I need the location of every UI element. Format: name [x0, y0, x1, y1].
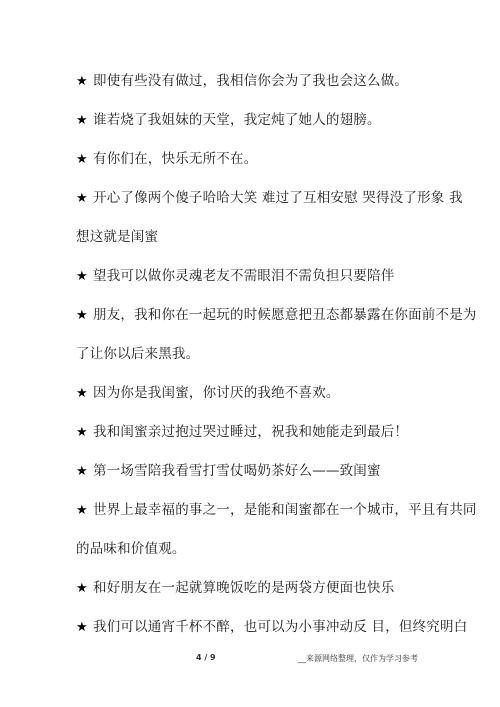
line-text: 因为你是我闺蜜，你讨厌的我绝不喜欢。: [93, 385, 340, 401]
source-note: __来源网络整理，仅作为学习参考: [298, 653, 418, 664]
star-bullet-icon: ★: [76, 461, 93, 483]
star-bullet-icon: ★: [76, 422, 93, 444]
star-bullet-icon: ★: [76, 110, 93, 132]
star-bullet-icon: ★: [76, 149, 93, 171]
star-bullet-icon: ★: [76, 578, 93, 600]
bullet-item: ★第一场雪陪我看雪打雪仗喝奶茶好么——致闺蜜: [76, 460, 426, 499]
line-text: 望我可以做你灵魂老友不需眼泪不需负担只要陪伴: [93, 268, 394, 284]
line-text: 和好朋友在一起就算晚饭吃的是两袋方便面也快乐: [93, 580, 394, 596]
bullet-continuation: 想这就是闺蜜: [76, 226, 426, 265]
bullet-item: ★世界上最幸福的事之一，是能和闺蜜都在一个城市，平且有共同: [76, 499, 426, 538]
star-bullet-icon: ★: [76, 266, 93, 288]
document-body: ★即使有些没有做过，我相信你会为了我也会这么做。★谁若烧了我姐妹的天堂，我定炖了…: [76, 70, 426, 655]
bullet-item: ★朋友，我和你在一起玩的时候愿意把丑态都暴露在你面前不是为: [76, 304, 426, 343]
star-bullet-icon: ★: [76, 305, 93, 327]
star-bullet-icon: ★: [76, 71, 93, 93]
star-bullet-icon: ★: [76, 383, 93, 405]
page-number: 4 / 9: [196, 653, 216, 662]
line-text: 想这就是闺蜜: [76, 229, 158, 245]
bullet-continuation: 了让你以后来黑我。: [76, 343, 426, 382]
bullet-item: ★开心了像两个傻子哈哈大笑 难过了互相安慰 哭得没了形象 我: [76, 187, 426, 226]
line-text: 有你们在，快乐无所不在。: [93, 151, 257, 167]
line-text: 朋友，我和你在一起玩的时候愿意把丑态都暴露在你面前不是为: [93, 307, 477, 323]
line-text: 的品味和价值观。: [76, 541, 186, 557]
line-text: 谁若烧了我姐妹的天堂，我定炖了她人的翅膀。: [93, 112, 381, 128]
bullet-item: ★谁若烧了我姐妹的天堂，我定炖了她人的翅膀。: [76, 109, 426, 148]
line-text: 我们可以通宵千杯不醉，也可以为小事冲动反 目，但终究明白: [93, 619, 467, 635]
bullet-item: ★因为你是我闺蜜，你讨厌的我绝不喜欢。: [76, 382, 426, 421]
bullet-continuation: 的品味和价值观。: [76, 538, 426, 577]
star-bullet-icon: ★: [76, 500, 93, 522]
line-text: 了让你以后来黑我。: [76, 346, 199, 362]
document-page: ★即使有些没有做过，我相信你会为了我也会这么做。★谁若烧了我姐妹的天堂，我定炖了…: [0, 0, 500, 707]
line-text: 即使有些没有做过，我相信你会为了我也会这么做。: [93, 73, 408, 89]
bullet-item: ★和好朋友在一起就算晚饭吃的是两袋方便面也快乐: [76, 577, 426, 616]
bullet-item: ★即使有些没有做过，我相信你会为了我也会这么做。: [76, 70, 426, 109]
bullet-item: ★我们可以通宵千杯不醉，也可以为小事冲动反 目，但终究明白: [76, 616, 426, 655]
line-text: 开心了像两个傻子哈哈大笑 难过了互相安慰 哭得没了形象 我: [93, 190, 463, 206]
star-bullet-icon: ★: [76, 188, 93, 210]
star-bullet-icon: ★: [76, 617, 93, 639]
bullet-item: ★望我可以做你灵魂老友不需眼泪不需负担只要陪伴: [76, 265, 426, 304]
line-text: 世界上最幸福的事之一，是能和闺蜜都在一个城市，平且有共同: [93, 502, 477, 518]
bullet-item: ★有你们在，快乐无所不在。: [76, 148, 426, 187]
line-text: 我和闺蜜亲过抱过哭过睡过，祝我和她能走到最后！: [93, 424, 408, 440]
line-text: 第一场雪陪我看雪打雪仗喝奶茶好么——致闺蜜: [93, 463, 381, 479]
bullet-item: ★我和闺蜜亲过抱过哭过睡过，祝我和她能走到最后！: [76, 421, 426, 460]
